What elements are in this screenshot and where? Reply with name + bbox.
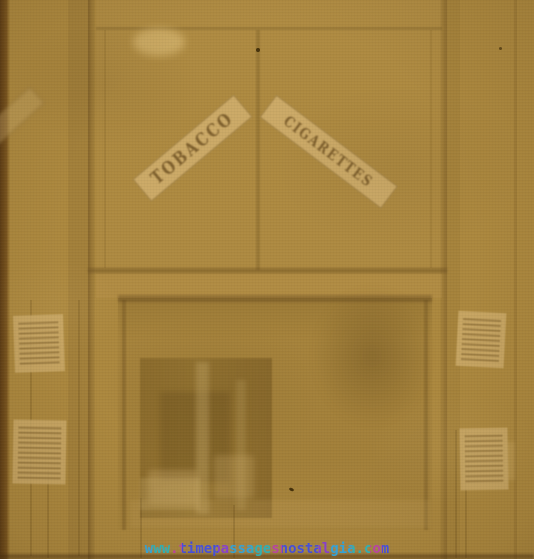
vignette-overlay <box>0 0 534 559</box>
watermark-url: www.timepassagesnostalgia.com <box>0 541 534 557</box>
antique-storefront-photograph: TOBACCO CIGARETTES www.timepassagesnosta… <box>0 0 534 559</box>
